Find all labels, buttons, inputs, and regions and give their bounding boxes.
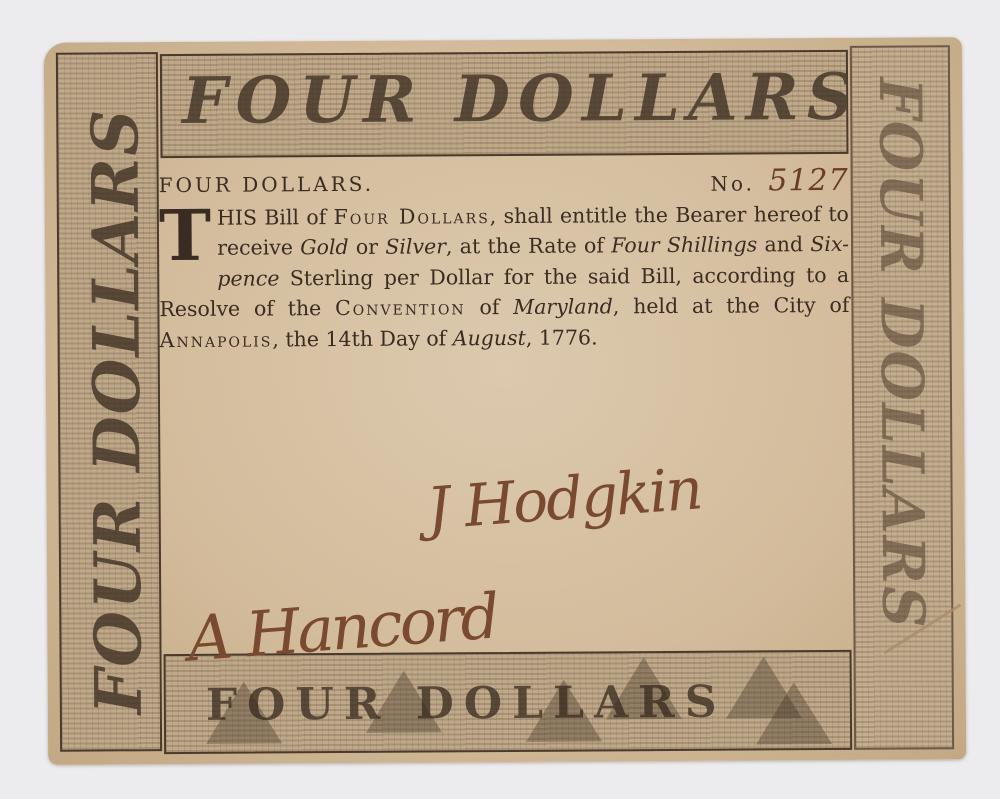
denomination-heading: FOUR DOLLARS. bbox=[159, 169, 375, 203]
text-fragment: August bbox=[453, 325, 526, 349]
note-text-block: FOUR DOLLARS. No. 5127 THIS Bill of Four… bbox=[159, 166, 850, 355]
text-fragment: Four Dollars bbox=[334, 204, 490, 229]
left-border-text: FOUR DOLLARS bbox=[78, 107, 157, 714]
text-fragment: , held at the City of bbox=[613, 293, 850, 318]
text-fragment: Maryland bbox=[513, 294, 613, 319]
right-border-text: FOUR DOLLARS bbox=[866, 77, 937, 630]
top-ornamental-border: FOUR DOLLARS bbox=[160, 50, 849, 158]
heading-line: FOUR DOLLARS. No. 5127 bbox=[159, 166, 849, 203]
text-fragment: , the 14th Day of bbox=[272, 326, 453, 351]
text-fragment: Four Shillings bbox=[611, 232, 757, 257]
serial-number: 5127 bbox=[768, 163, 849, 198]
left-ornamental-border: FOUR DOLLARS bbox=[56, 52, 162, 752]
text-fragment: Gold bbox=[300, 235, 349, 259]
bottom-border-text: FOUR DOLLARS bbox=[206, 677, 727, 731]
serial-block: No. 5127 bbox=[710, 166, 848, 199]
serial-label: No. bbox=[710, 171, 755, 195]
text-fragment: of bbox=[466, 295, 514, 319]
text-fragment: , at the Rate of bbox=[446, 233, 611, 258]
text-fragment: Convention bbox=[335, 295, 466, 320]
banknote: FOUR DOLLARS FOUR DOLLARS FOUR DOLLARS F… bbox=[44, 37, 966, 765]
top-border-text: FOUR DOLLARS bbox=[182, 60, 849, 139]
text-fragment: , 1776. bbox=[526, 325, 598, 349]
right-ornamental-border: FOUR DOLLARS bbox=[850, 45, 954, 750]
dropcap: T bbox=[159, 206, 211, 264]
text-fragment: HIS Bill of bbox=[217, 205, 334, 230]
triangle-ornament-icon bbox=[756, 682, 832, 744]
promise-text: THIS Bill of Four Dollars, shall entitle… bbox=[159, 198, 850, 355]
text-fragment: or bbox=[349, 235, 386, 259]
text-fragment: Silver bbox=[385, 234, 446, 258]
text-fragment: Annapolis bbox=[160, 327, 273, 352]
text-fragment: and bbox=[757, 232, 810, 256]
signature-hodgkin: J Hodgkin bbox=[424, 454, 703, 543]
